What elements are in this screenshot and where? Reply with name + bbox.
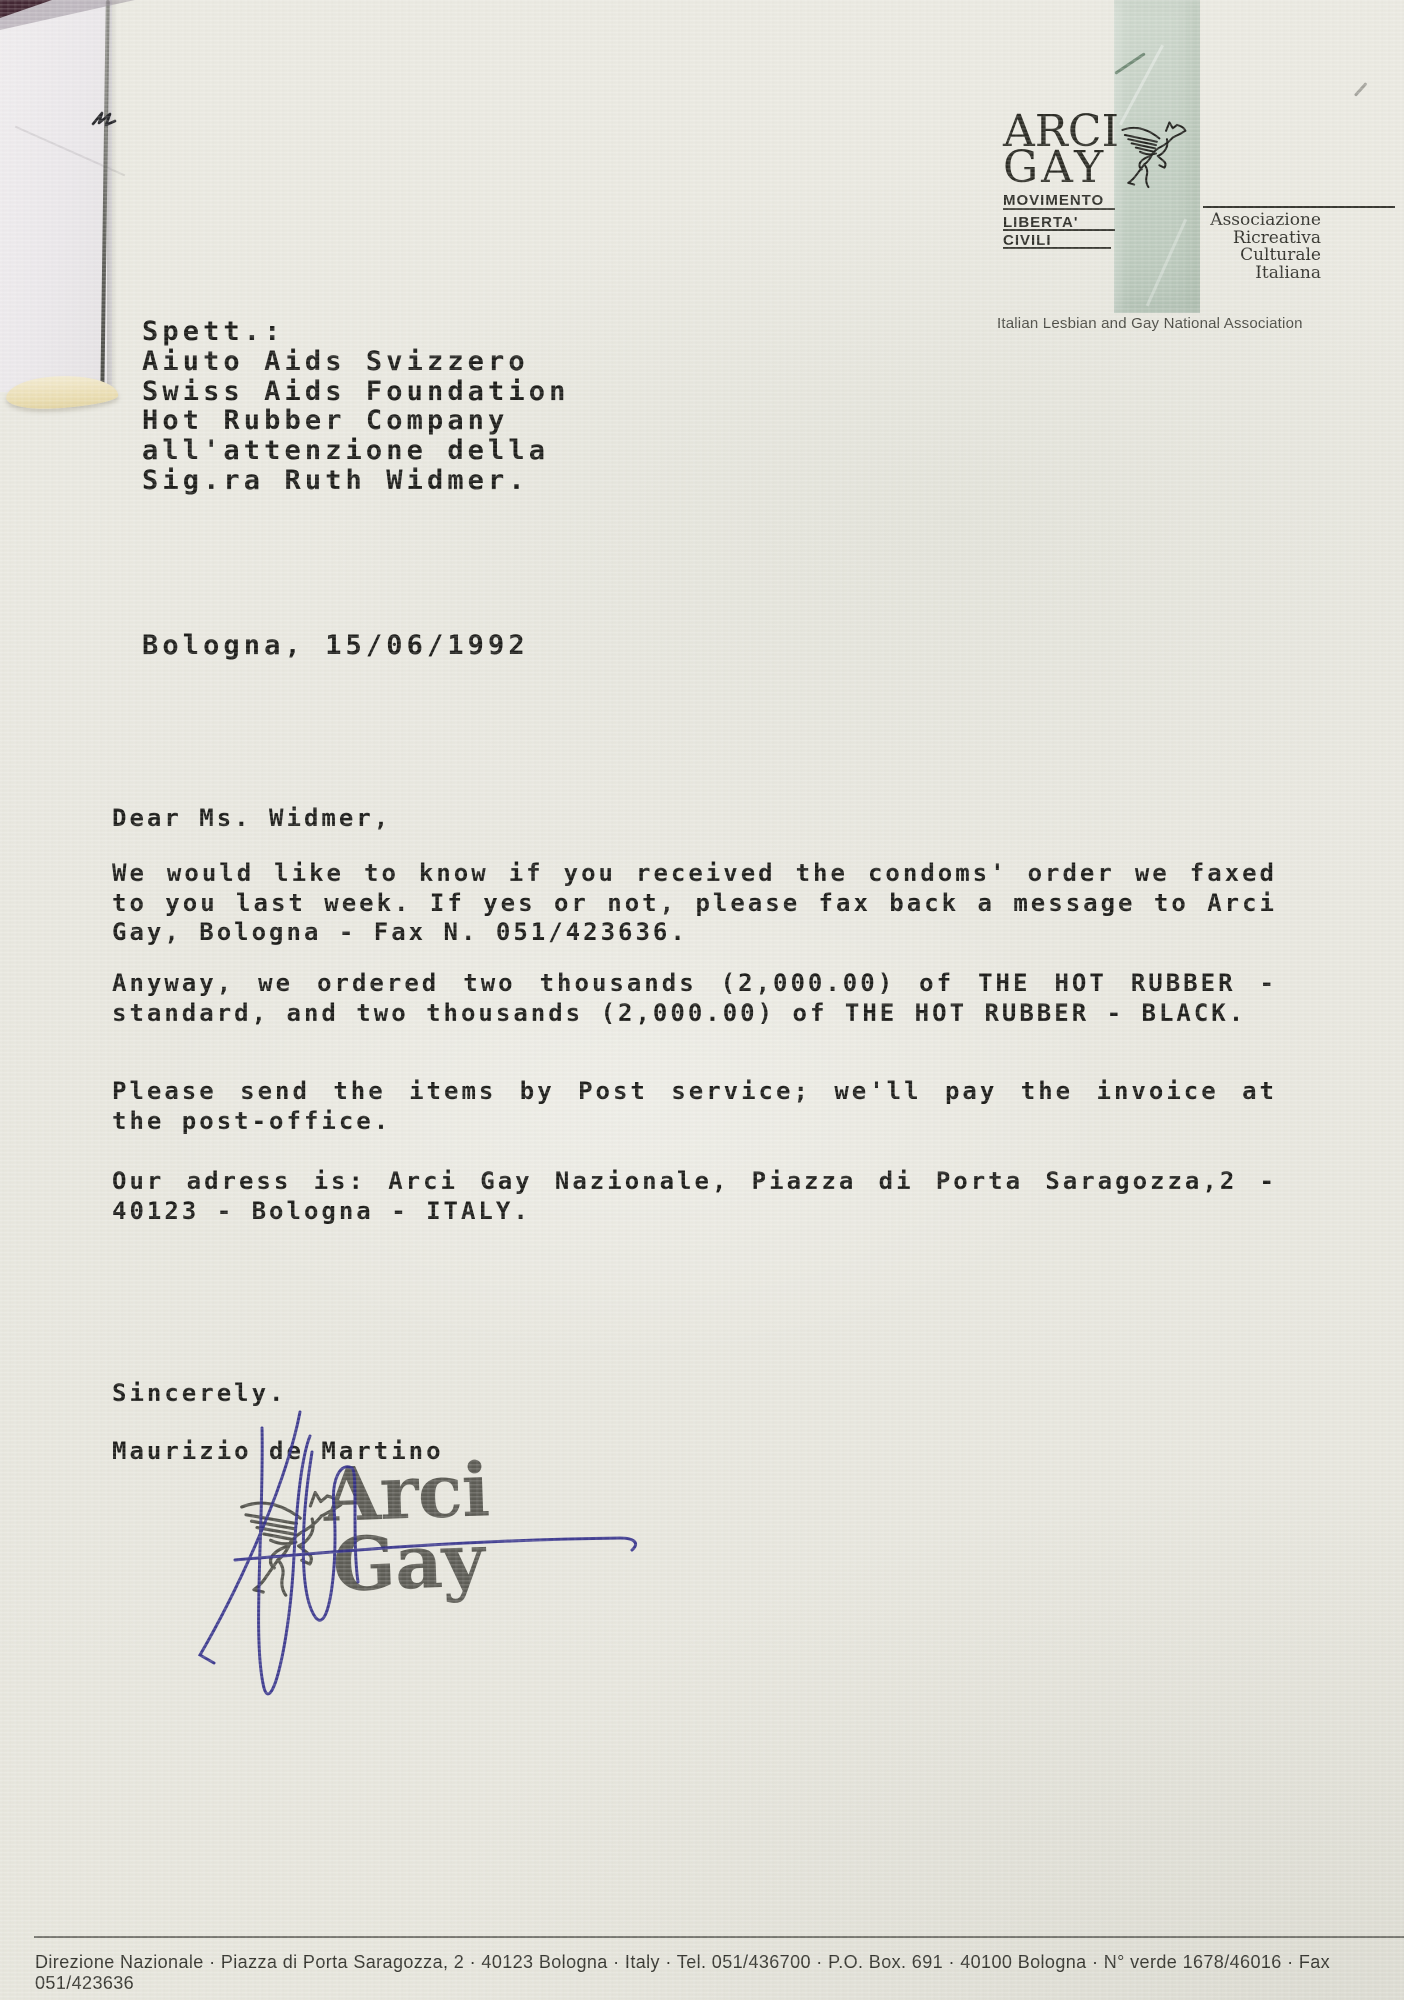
pegasus-icon	[1114, 118, 1198, 194]
recipient-line: Hot Rubber Company	[142, 406, 569, 436]
body-paragraph-1: We would like to know if you received th…	[112, 859, 1277, 948]
subbrand-underline	[1003, 229, 1115, 231]
handwritten-signature	[150, 1395, 670, 1725]
body-line: to you last week. If yes or not, please …	[112, 889, 1277, 919]
association-line: Associazione	[1203, 212, 1321, 230]
salutation: Dear Ms. Widmer,	[112, 804, 1277, 834]
subbrand-underline	[1003, 247, 1111, 249]
letter-page: ARCI GAY MOVIMENTO LIBERTA' CIVILI	[0, 0, 1404, 2000]
body-paragraph-2: Anyway, we ordered two thousands (2,000.…	[112, 969, 1277, 1028]
recipient-line: all'attenzione della	[142, 436, 569, 466]
body-paragraph-4: Our adress is: Arci Gay Nazionale, Piazz…	[112, 1167, 1277, 1226]
recipient-line: Sig.ra Ruth Widmer.	[142, 466, 569, 496]
footer-rule	[34, 1936, 1404, 1938]
association-block: Associazione Ricreativa Culturale Italia…	[1203, 212, 1321, 282]
arci-gay-wordmark: ARCI GAY	[1003, 114, 1119, 186]
body-line: 40123 - Bologna - ITALY.	[112, 1197, 1277, 1227]
letterhead-tagline: Italian Lesbian and Gay National Associa…	[997, 315, 1303, 332]
body-line: the post-office.	[112, 1107, 1277, 1137]
scan-artifact-edge-shadow	[107, 0, 117, 398]
staple-mark-icon	[91, 107, 121, 133]
body-line: Our adress is: Arci Gay Nazionale, Piazz…	[112, 1167, 1277, 1197]
scan-artifact-backing-sheet	[0, 0, 112, 392]
body-line: We would like to know if you received th…	[112, 859, 1277, 889]
dateline: Bologna, 15/06/1992	[142, 631, 529, 661]
subbrand-movimento: MOVIMENTO	[1003, 192, 1104, 209]
recipient-line: Spett.:	[142, 317, 569, 347]
body-line: Please send the items by Post service; w…	[112, 1077, 1277, 1107]
wordmark-line2: GAY	[1003, 150, 1119, 186]
body-line: standard, and two thousands (2,000.00) o…	[112, 999, 1277, 1029]
scan-artifact-tick	[1354, 82, 1367, 96]
recipient-block: Spett.: Aiuto Aids Svizzero Swiss Aids F…	[142, 317, 569, 496]
body-paragraph-3: Please send the items by Post service; w…	[112, 1077, 1277, 1136]
recipient-line: Aiuto Aids Svizzero	[142, 347, 569, 377]
association-line: Italiana	[1203, 265, 1321, 283]
body-line: Anyway, we ordered two thousands (2,000.…	[112, 969, 1277, 999]
subbrand-underline	[1003, 208, 1115, 210]
body-line: Gay, Bologna - Fax N. 051/423636.	[112, 918, 1277, 948]
footer-contact-line: Direzione Nazionale · Piazza di Porta Sa…	[35, 1952, 1395, 1994]
letterhead-rule	[1203, 206, 1395, 208]
recipient-line: Swiss Aids Foundation	[142, 377, 569, 407]
